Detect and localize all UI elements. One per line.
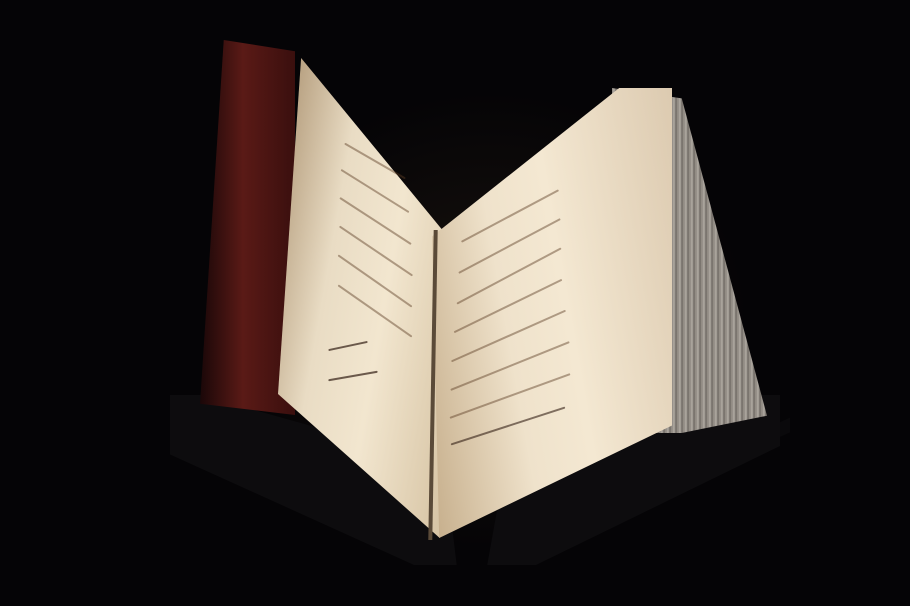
- photo-scene: An old handwritten manuscript with Arabi…: [0, 0, 910, 606]
